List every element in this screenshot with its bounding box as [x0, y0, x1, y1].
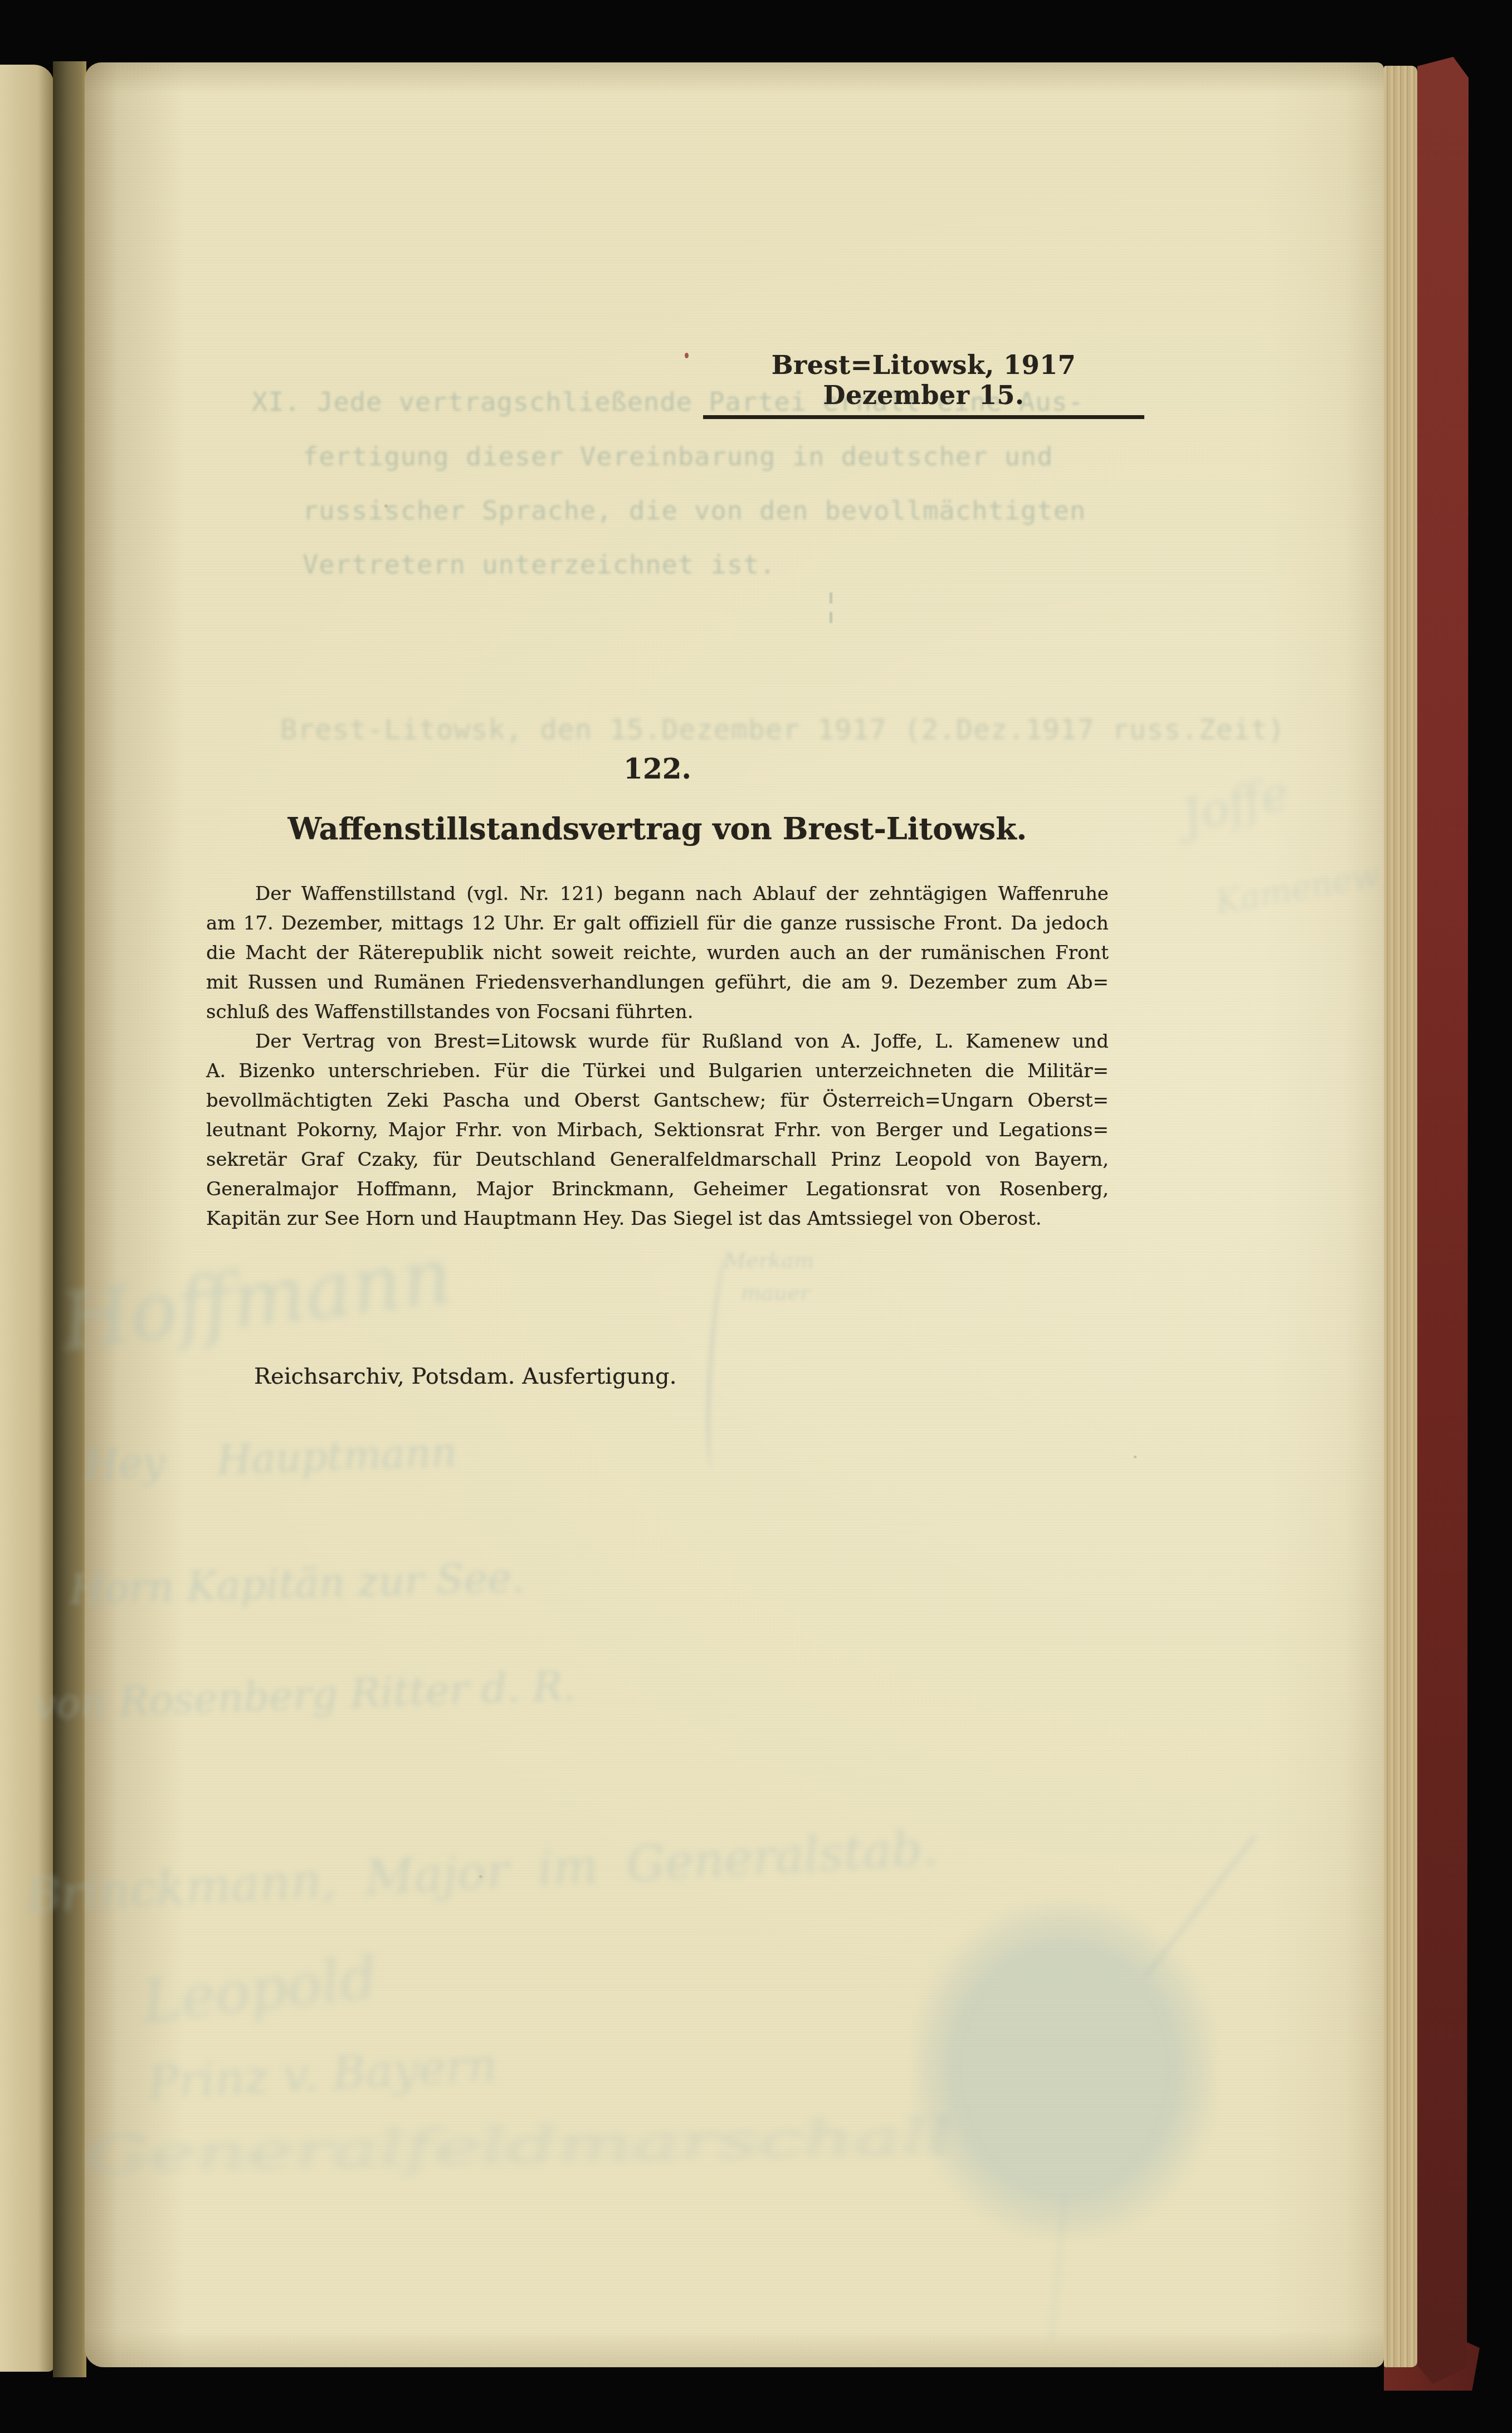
scanned-book-spread: XI. Jede vertragschließende Partei erhäl… — [0, 0, 1512, 2433]
body-line: Generalmajor Hoffmann, Major Brinckmann,… — [206, 1175, 1109, 1204]
ghost-typed-line-2: fertigung dieser Vereinbarung in deutsch… — [303, 441, 1053, 472]
body-line: sekretär Graf Czaky, für Deutschland Gen… — [206, 1145, 1109, 1175]
ink-speck — [685, 353, 689, 358]
ghost-typed-line-3: russischer Sprache, die von den bevollmä… — [303, 495, 1086, 526]
ghost-margin-note-line-2: mauer — [741, 1281, 810, 1305]
source-note: Reichsarchiv, Potsdam. Ausfertigung. — [254, 1364, 676, 1389]
entry-number: 122. — [206, 752, 1109, 785]
entry-title: Waffenstillstandsvertrag von Brest-Litow… — [206, 811, 1109, 846]
body-line: mit Russen und Rumänen Friedensverhandlu… — [206, 968, 1109, 997]
body-line: die Macht der Räterepublik nicht soweit … — [206, 938, 1109, 968]
header-dateline: Brest=Litowsk, 1917 Dezember 15. — [703, 350, 1144, 419]
body-line: schluß des Waffenstillstandes von Focsan… — [206, 997, 1109, 1027]
body-line: A. Bizenko unterschrieben. Für die Türke… — [206, 1057, 1109, 1086]
body-line: Der Waffenstillstand (vgl. Nr. 121) bega… — [206, 879, 1109, 909]
paper-speck — [384, 504, 388, 508]
page-stack-fore-edge — [1384, 66, 1417, 2367]
ghost-seal-stamp — [914, 1903, 1215, 2237]
paper-speck — [1134, 1456, 1137, 1458]
ghost-typed-line-4: Vertretern unterzeichnet ist. — [303, 549, 776, 580]
body-line: am 17. Dezember, mittags 12 Uhr. Er galt… — [206, 909, 1109, 938]
adjacent-page-edge — [0, 65, 54, 2372]
ghost-typed-dateline: Brest-Litowsk, den 15.Dezember 1917 (2.D… — [280, 713, 1285, 746]
body-paragraph-1: Der Waffenstillstand (vgl. Nr. 121) bega… — [206, 879, 1109, 1027]
body-line: bevollmächtigten Zeki Pascha und Oberst … — [206, 1086, 1109, 1116]
body-paragraph-2: Der Vertrag von Brest=Litowsk wurde für … — [206, 1027, 1109, 1234]
ghost-dotted-mark — [830, 592, 832, 604]
body-line: Kapitän zur See Horn und Hauptmann Hey. … — [206, 1204, 1109, 1234]
body-line: Der Vertrag von Brest=Litowsk wurde für … — [206, 1027, 1109, 1057]
ghost-dotted-mark — [830, 612, 832, 623]
body-line: leutnant Pokorny, Major Frhr. von Mirbac… — [206, 1116, 1109, 1145]
paper-speck — [479, 1875, 482, 1878]
page-gutter-shadow — [53, 61, 86, 2377]
book-cover-edge — [1417, 57, 1469, 2384]
